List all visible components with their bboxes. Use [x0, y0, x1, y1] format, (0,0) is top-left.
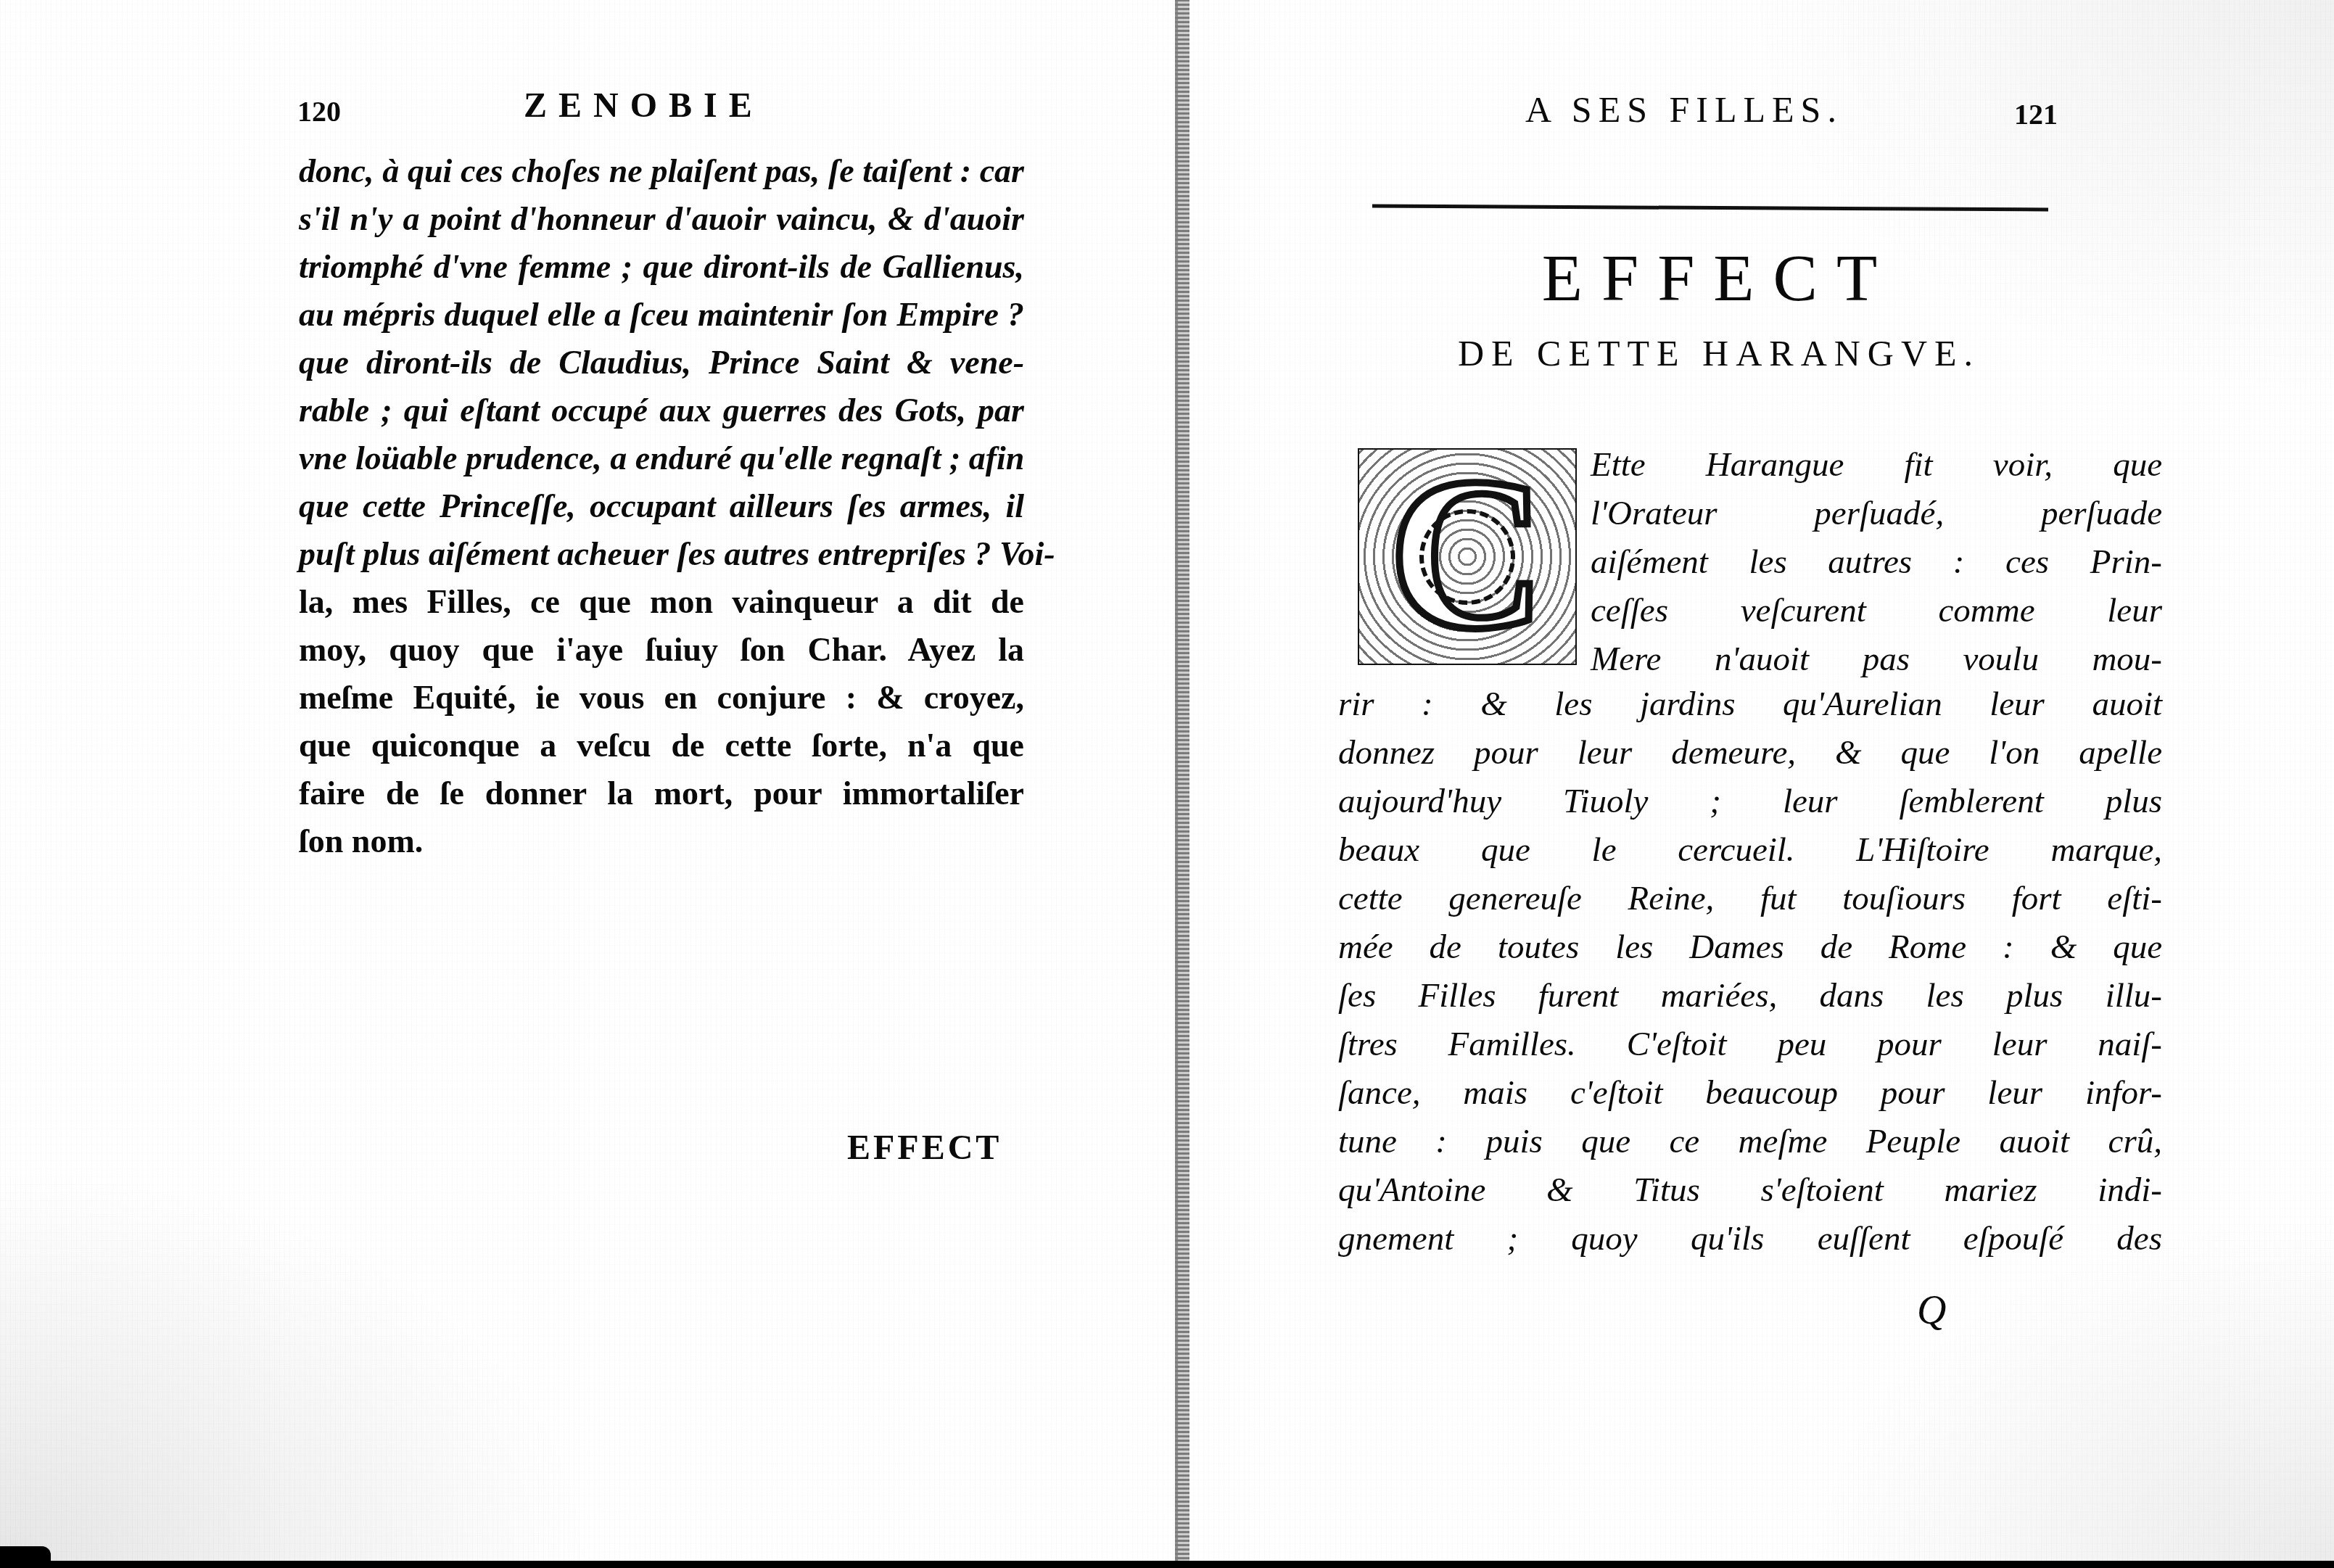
text-line: cette genereuſe Reine, fut touſiours for… [1338, 875, 2162, 923]
text-line: que cette Princeſſe, occupant ailleurs ſ… [299, 482, 1024, 530]
running-head: ZENOBIE [524, 86, 764, 129]
page-number: 120 [297, 94, 341, 128]
text-line: aujourd'huy Tiuoly ; leur ſemblerent plu… [1338, 777, 2162, 826]
text-line: que diront-ils de Claudius, Prince Saint… [299, 339, 1024, 387]
book-spread: 120 ZENOBIE donc, à qui ces choſes ne pl… [0, 0, 2334, 1568]
text-line: ſtres Familles. C'eſtoit peu pour leur n… [1338, 1020, 2162, 1069]
text-line: meſme Equité, ie vous en conjure : & cro… [299, 674, 1024, 722]
left-page: 120 ZENOBIE donc, à qui ces choſes ne pl… [0, 0, 1175, 1568]
page-number: 121 [2014, 97, 2058, 131]
body-text: donc, à qui ces choſes ne plaiſent pas, … [299, 147, 1024, 865]
text-line: aiſément les autres : ces Prin- [1591, 538, 2162, 587]
text-line: donc, à qui ces choſes ne plaiſent pas, … [299, 147, 1024, 195]
text-line: mée de toutes les Dames de Rome : & que [1338, 923, 2162, 972]
text-line: vne loüable prudence, a enduré qu'elle r… [299, 434, 1024, 482]
floral-ornament-icon [1419, 509, 1515, 605]
catchword: EFFECT [847, 1128, 1002, 1168]
text-line: gnement ; quoy qu'ils euſſent eſpouſé de… [1338, 1215, 2162, 1263]
header-rule [1372, 205, 2048, 212]
text-line: beaux que le cercueil. L'Hiſtoire marque… [1338, 826, 2162, 875]
text-line: donnez pour leur demeure, & que l'on ape… [1338, 729, 2162, 777]
body-text-beside-drop-cap: Ette Harangue fit voir, que l'Orateur pe… [1591, 441, 2162, 684]
text-line: tune : puis que ce meſme Peuple auoit cr… [1338, 1118, 2162, 1166]
text-line: ceſſes veſcurent comme leur [1591, 587, 2162, 635]
section-subtitle: DE CETTE HARANGVE. [1189, 332, 2248, 374]
text-line: puſt plus aiſément acheuer ſes autres en… [299, 530, 1024, 578]
section-title: EFFECT [1189, 239, 2248, 316]
ornamental-drop-cap: C [1358, 448, 1577, 665]
page-bottom-edge [0, 1561, 2334, 1568]
text-line: rir : & les jardins qu'Aurelian leur auo… [1338, 680, 2162, 729]
book-gutter [1175, 0, 1189, 1568]
text-line: s'il n'y a point d'honneur d'auoir vainc… [299, 195, 1024, 243]
text-line: la, mes Filles, ce que mon vainqueur a d… [299, 578, 1024, 626]
text-line: faire de ſe donner la mort, pour immorta… [299, 769, 1024, 817]
running-head: A SES FILLES. [1525, 88, 1843, 132]
text-line: rable ; qui eſtant occupé aux guerres de… [299, 387, 1024, 434]
text-line: Ette Harangue fit voir, que [1591, 441, 2162, 490]
text-line: triomphé d'vne femme ; que diront-ils de… [299, 243, 1024, 291]
text-line: qu'Antoine & Titus s'eſtoient mariez ind… [1338, 1166, 2162, 1215]
text-line: ſance, mais c'eſtoit beaucoup pour leur … [1338, 1069, 2162, 1118]
text-line: que quiconque a veſcu de cette ſorte, n'… [299, 722, 1024, 769]
text-line: l'Orateur perſuadé, perſuade [1591, 490, 2162, 538]
text-line: ſes Filles furent mariées, dans les plus… [1338, 972, 2162, 1020]
right-page: A SES FILLES. 121 EFFECT DE CETTE HARANG… [1189, 0, 2334, 1568]
signature-mark: Q [1917, 1287, 1946, 1334]
text-line: Mere n'auoit pas voulu mou- [1591, 635, 2162, 684]
text-line: ſon nom. [299, 817, 1024, 865]
text-line: moy, quoy que i'aye ſuiuy ſon Char. Ayez… [299, 626, 1024, 674]
text-line: au mépris duquel elle a ſceu maintenir ſ… [299, 291, 1024, 339]
body-text: rir : & les jardins qu'Aurelian leur auo… [1338, 680, 2162, 1263]
